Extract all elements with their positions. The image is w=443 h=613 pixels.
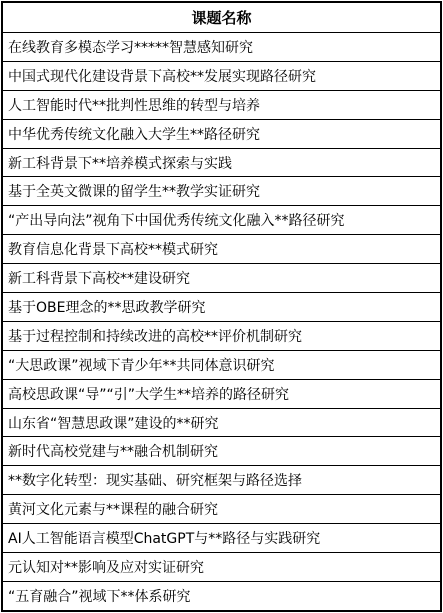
topic-title: “五育融合”视域下**体系研究 bbox=[2, 581, 441, 611]
table-row: 基于OBE理念的**思政教学研究 bbox=[2, 293, 441, 322]
table-row: 元认知对**影响及应对实证研究 bbox=[2, 553, 441, 582]
topic-title: 新工科背景下高校**建设研究 bbox=[2, 264, 441, 293]
table-row: 基于过程控制和持续改进的高校**评价机制研究 bbox=[2, 321, 441, 350]
table-row: 中华优秀传统文化融入大学生**路径研究 bbox=[2, 119, 441, 148]
table-row: 黄河文化元素与**课程的融合研究 bbox=[2, 495, 441, 524]
table-row: AI人工智能语言模型ChatGPT与**路径与实践研究 bbox=[2, 524, 441, 553]
table-row: 新工科背景下**培养模式探索与实践 bbox=[2, 148, 441, 177]
topic-title: 教育信息化背景下高校**模式研究 bbox=[2, 235, 441, 264]
topic-title: 在线教育多模态学习*****智慧感知研究 bbox=[2, 33, 441, 62]
topic-title: 中国式现代化建设背景下高校**发展实现路径研究 bbox=[2, 61, 441, 90]
topic-title: 元认知对**影响及应对实证研究 bbox=[2, 553, 441, 582]
topic-title: 基于过程控制和持续改进的高校**评价机制研究 bbox=[2, 321, 441, 350]
topic-table: 课题名称 在线教育多模态学习*****智慧感知研究 中国式现代化建设背景下高校*… bbox=[1, 1, 442, 612]
topic-title: **数字化转型：现实基础、研究框架与路径选择 bbox=[2, 466, 441, 495]
topic-title: 中华优秀传统文化融入大学生**路径研究 bbox=[2, 119, 441, 148]
table-row: 山东省“智慧思政课”建设的**研究 bbox=[2, 408, 441, 437]
table-row: 教育信息化背景下高校**模式研究 bbox=[2, 235, 441, 264]
table-row: “五育融合”视域下**体系研究 bbox=[2, 581, 441, 611]
table-row: “产出导向法”视角下中国优秀传统文化融入**路径研究 bbox=[2, 206, 441, 235]
column-header-topic-name: 课题名称 bbox=[2, 2, 441, 33]
topic-title: 山东省“智慧思政课”建设的**研究 bbox=[2, 408, 441, 437]
table-row: 基于全英文微课的留学生**教学实证研究 bbox=[2, 177, 441, 206]
table-row: 高校思政课“导”“引”大学生**培养的路径研究 bbox=[2, 379, 441, 408]
topic-title: “产出导向法”视角下中国优秀传统文化融入**路径研究 bbox=[2, 206, 441, 235]
topic-title: 基于OBE理念的**思政教学研究 bbox=[2, 293, 441, 322]
topic-title: 基于全英文微课的留学生**教学实证研究 bbox=[2, 177, 441, 206]
topic-title: 新时代高校党建与**融合机制研究 bbox=[2, 437, 441, 466]
topic-title: “大思政课”视域下青少年**共同体意识研究 bbox=[2, 350, 441, 379]
topic-title: AI人工智能语言模型ChatGPT与**路径与实践研究 bbox=[2, 524, 441, 553]
table-row: “大思政课”视域下青少年**共同体意识研究 bbox=[2, 350, 441, 379]
topic-title: 新工科背景下**培养模式探索与实践 bbox=[2, 148, 441, 177]
topic-title: 黄河文化元素与**课程的融合研究 bbox=[2, 495, 441, 524]
topic-title: 高校思政课“导”“引”大学生**培养的路径研究 bbox=[2, 379, 441, 408]
table-row: 在线教育多模态学习*****智慧感知研究 bbox=[2, 33, 441, 62]
table-row: 新工科背景下高校**建设研究 bbox=[2, 264, 441, 293]
table-row: **数字化转型：现实基础、研究框架与路径选择 bbox=[2, 466, 441, 495]
table-row: 中国式现代化建设背景下高校**发展实现路径研究 bbox=[2, 61, 441, 90]
table-row: 新时代高校党建与**融合机制研究 bbox=[2, 437, 441, 466]
table-header-row: 课题名称 bbox=[2, 2, 441, 33]
topic-title: 人工智能时代**批判性思维的转型与培养 bbox=[2, 90, 441, 119]
table-row: 人工智能时代**批判性思维的转型与培养 bbox=[2, 90, 441, 119]
